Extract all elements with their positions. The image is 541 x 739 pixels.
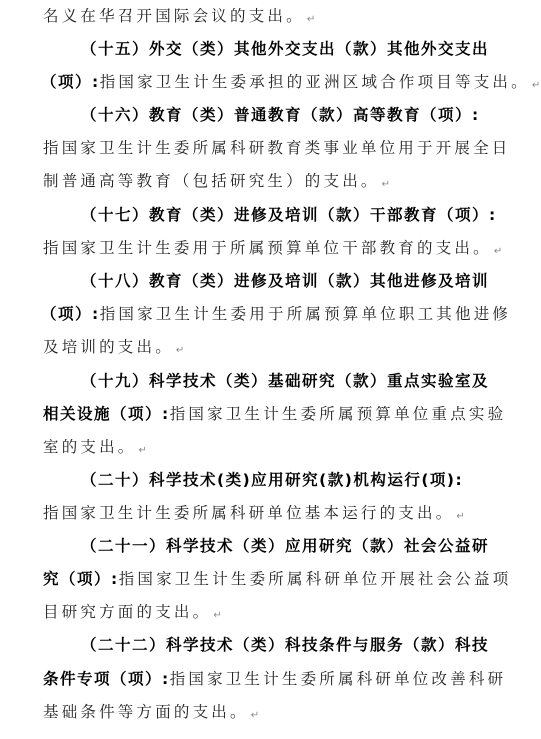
- paragraph-mark-icon: ↵: [494, 246, 502, 257]
- body-text: 指国家卫生计生委所属科研单位基本运行的支出。: [43, 504, 454, 522]
- paragraph-mark-icon: ↵: [213, 610, 221, 621]
- body-text: 指国家卫生计生委承担的亚洲区域合作项目等支出。: [100, 73, 530, 91]
- line-8: 指国家卫生计生委用于所属预算单位干部教育的支出。↵: [43, 232, 502, 265]
- heading-text: （十六）教育（类）普通教育（款）高等教育（项）:: [81, 106, 480, 124]
- heading-text: （十五）外交（类）其他外交支出（款）其他外交支出: [81, 40, 489, 58]
- section-heading-18: （十八）教育（类）进修及培训（款）其他进修及培训: [81, 265, 489, 298]
- line-3: （项）:指国家卫生计生委承担的亚洲区域合作项目等支出。↵: [41, 66, 540, 99]
- line-19: 目研究方面的支出。↵: [43, 596, 222, 629]
- line-6: 制普通高等教育（包括研究生）的支出。↵: [43, 165, 390, 198]
- line-21: 条件专项（项）:指国家卫生计生委所属科研单位改善科研: [43, 663, 506, 696]
- body-text: 基础条件等方面的支出。: [43, 703, 249, 721]
- heading-text: （二十一）科学技术（类）应用研究（款）社会公益研: [81, 537, 489, 555]
- heading-text: 究（项）:: [43, 570, 119, 588]
- line-16: 指国家卫生计生委所属科研单位基本运行的支出。↵: [43, 497, 465, 530]
- heading-text: （二十二）科学技术（类）科技条件与服务（款）科技: [81, 636, 489, 654]
- line-22: 基础条件等方面的支出。↵: [43, 696, 259, 729]
- body-text: 及培训的支出。: [43, 338, 174, 356]
- paragraph-mark-icon: ↵: [176, 345, 184, 356]
- section-heading-17: （十七）教育（类）进修及培训（款）干部教育（项）:: [81, 199, 497, 232]
- line-5: 指国家卫生计生委所属科研教育类事业单位用于开展全日: [43, 132, 511, 165]
- body-text: 指国家卫生计生委用于所属预算单位干部教育的支出。: [43, 239, 492, 257]
- section-heading-15: （十五）外交（类）其他外交支出（款）其他外交支出: [81, 33, 489, 66]
- section-heading-21: （二十一）科学技术（类）应用研究（款）社会公益研: [81, 530, 489, 563]
- paragraph-mark-icon: ↵: [382, 179, 390, 190]
- heading-text: （二十）科学技术(类)应用研究(款)机构运行(项):: [81, 471, 463, 489]
- heading-text: （项）:: [41, 305, 100, 323]
- body-text: 指国家卫生计生委所属科研单位改善科研: [170, 670, 507, 688]
- body-text: 名义在华召开国际会议的支出。: [43, 7, 305, 25]
- paragraph-mark-icon: ↵: [456, 511, 464, 522]
- body-text: 指国家卫生计生委所属预算单位重点实验: [170, 405, 507, 423]
- line-1: 名义在华召开国际会议的支出。↵: [43, 0, 315, 33]
- paragraph-mark-icon: ↵: [139, 445, 147, 456]
- line-14: 室的支出。↵: [43, 431, 147, 464]
- heading-text: （十八）教育（类）进修及培训（款）其他进修及培训: [81, 272, 489, 290]
- line-13: 相关设施（项）:指国家卫生计生委所属预算单位重点实验: [43, 398, 506, 431]
- section-heading-19: （十九）科学技术（类）基础研究（款）重点实验室及: [81, 365, 489, 398]
- body-text: 制普通高等教育（包括研究生）的支出。: [43, 172, 380, 190]
- line-18: 究（项）:指国家卫生计生委所属科研单位开展社会公益项: [43, 563, 511, 596]
- body-text: 室的支出。: [43, 438, 137, 456]
- heading-text: （十七）教育（类）进修及培训（款）干部教育（项）:: [81, 206, 497, 224]
- body-text: 指国家卫生计生委用于所属预算单位职工其他进修: [100, 305, 511, 323]
- section-heading-20: （二十）科学技术(类)应用研究(款)机构运行(项):: [81, 464, 463, 497]
- heading-text: 相关设施（项）:: [43, 405, 170, 423]
- heading-text: 条件专项（项）:: [43, 670, 170, 688]
- line-11: 及培训的支出。↵: [43, 331, 184, 364]
- section-heading-22: （二十二）科学技术（类）科技条件与服务（款）科技: [81, 629, 489, 662]
- heading-text: （项）:: [41, 73, 100, 91]
- section-heading-16: （十六）教育（类）普通教育（款）高等教育（项）:: [81, 99, 480, 132]
- body-text: 指国家卫生计生委所属科研单位开展社会公益项: [119, 570, 512, 588]
- paragraph-mark-icon: ↵: [532, 80, 540, 91]
- heading-text: （十九）科学技术（类）基础研究（款）重点实验室及: [81, 372, 489, 390]
- paragraph-mark-icon: ↵: [251, 710, 259, 721]
- line-10: （项）:指国家卫生计生委用于所属预算单位职工其他进修: [41, 298, 511, 331]
- paragraph-mark-icon: ↵: [307, 14, 315, 25]
- body-text: 指国家卫生计生委所属科研教育类事业单位用于开展全日: [43, 139, 511, 157]
- body-text: 目研究方面的支出。: [43, 603, 211, 621]
